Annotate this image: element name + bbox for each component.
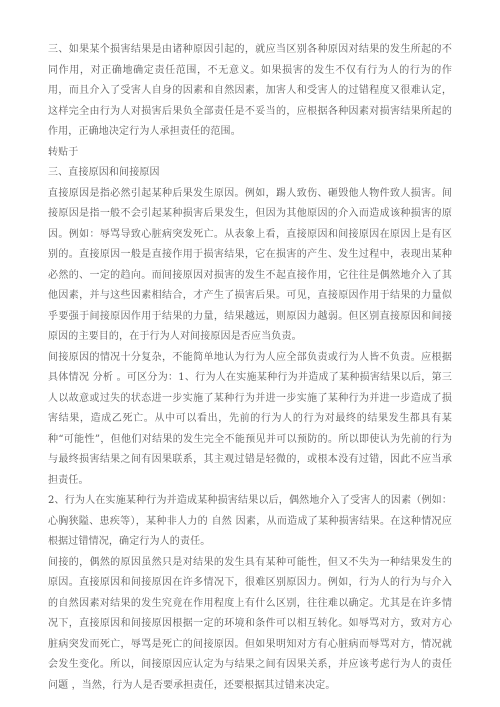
repost-note: 转贴于 <box>48 143 452 164</box>
paragraph-conclusion: 间接的，偶然的原因虽然只是对结果的发生具有某种可能性，但又不失为一种结果发生的原… <box>48 553 452 697</box>
document-page: 三、如果某个损害结果是由诸种原因引起的，就应当区别各种原因对结果的发生所起的不同… <box>0 0 500 707</box>
section-heading-direct-indirect-causes: 三、直接原因和间接原因 <box>48 163 452 184</box>
paragraph-indirect-cause-case2: 2、行为人在实施某种行为并造成某种损害结果以后，偶然地介入了受害人的因素（例如：… <box>48 491 452 553</box>
paragraph-direct-cause-definition: 直接原因是指必然引起某种后果发生原因。例如，踢人致伤、砸毁他人物件致人损害。间接… <box>48 184 452 348</box>
paragraph-damage-result-causes: 三、如果某个损害结果是由诸种原因引起的，就应当区别各种原因对结果的发生所起的不同… <box>48 40 452 143</box>
paragraph-indirect-cause-case1: 间接原因的情况十分复杂，不能简单地认为行为人应全部负责或行为人皆不负责。应根据具… <box>48 348 452 492</box>
